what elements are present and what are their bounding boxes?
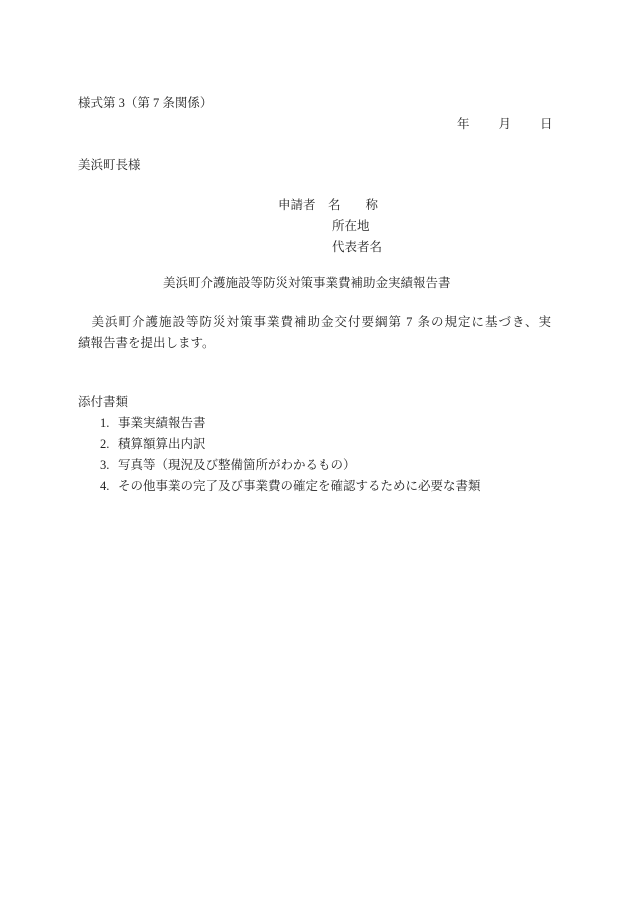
body-line-1: 美浜町介護施設等防災対策事業費補助金交付要綱第 7 条の規定に基づき、実	[78, 312, 552, 333]
item-number: 4.	[100, 476, 118, 497]
item-text: その他事業の完了及び事業費の確定を確認するために必要な書類	[118, 476, 481, 497]
item-number: 2.	[100, 434, 118, 455]
body-paragraph: 美浜町介護施設等防災対策事業費補助金交付要綱第 7 条の規定に基づき、実 績報告…	[78, 312, 552, 354]
attachment-item: 2. 積算額算出内訳	[78, 434, 481, 455]
year-label: 年	[457, 114, 470, 135]
attachment-item: 4. その他事業の完了及び事業費の確定を確認するために必要な書類	[78, 476, 481, 497]
month-label: 月	[499, 114, 512, 135]
applicant-name-line: 申請者 名 称	[278, 195, 382, 216]
date-line: 年 月 日	[457, 114, 553, 135]
attachments-section: 添付書類 1. 事業実績報告書 2. 積算額算出内訳 3. 写真等（現況及び整備…	[78, 392, 481, 497]
applicant-representative-line: 代表者名	[332, 237, 382, 258]
item-number: 1.	[100, 413, 118, 434]
attachments-heading: 添付書類	[78, 392, 481, 413]
attachment-item: 3. 写真等（現況及び整備箇所がわかるもの）	[78, 455, 481, 476]
body-line-2: 績報告書を提出します。	[78, 333, 552, 354]
addressee: 美浜町長様	[78, 155, 141, 176]
applicant-block: 申請者 名 称 所在地 代表者名	[278, 195, 382, 258]
item-text: 事業実績報告書	[118, 413, 206, 434]
form-number: 様式第 3（第 7 条関係）	[78, 93, 212, 114]
item-text: 写真等（現況及び整備箇所がわかるもの）	[118, 455, 356, 476]
day-label: 日	[540, 114, 553, 135]
attachment-item: 1. 事業実績報告書	[78, 413, 481, 434]
item-number: 3.	[100, 455, 118, 476]
document-page: 様式第 3（第 7 条関係） 年 月 日 美浜町長様 申請者 名 称 所在地 代…	[0, 0, 630, 903]
document-title: 美浜町介護施設等防災対策事業費補助金実績報告書	[163, 273, 451, 294]
applicant-address-line: 所在地	[332, 216, 382, 237]
item-text: 積算額算出内訳	[118, 434, 206, 455]
